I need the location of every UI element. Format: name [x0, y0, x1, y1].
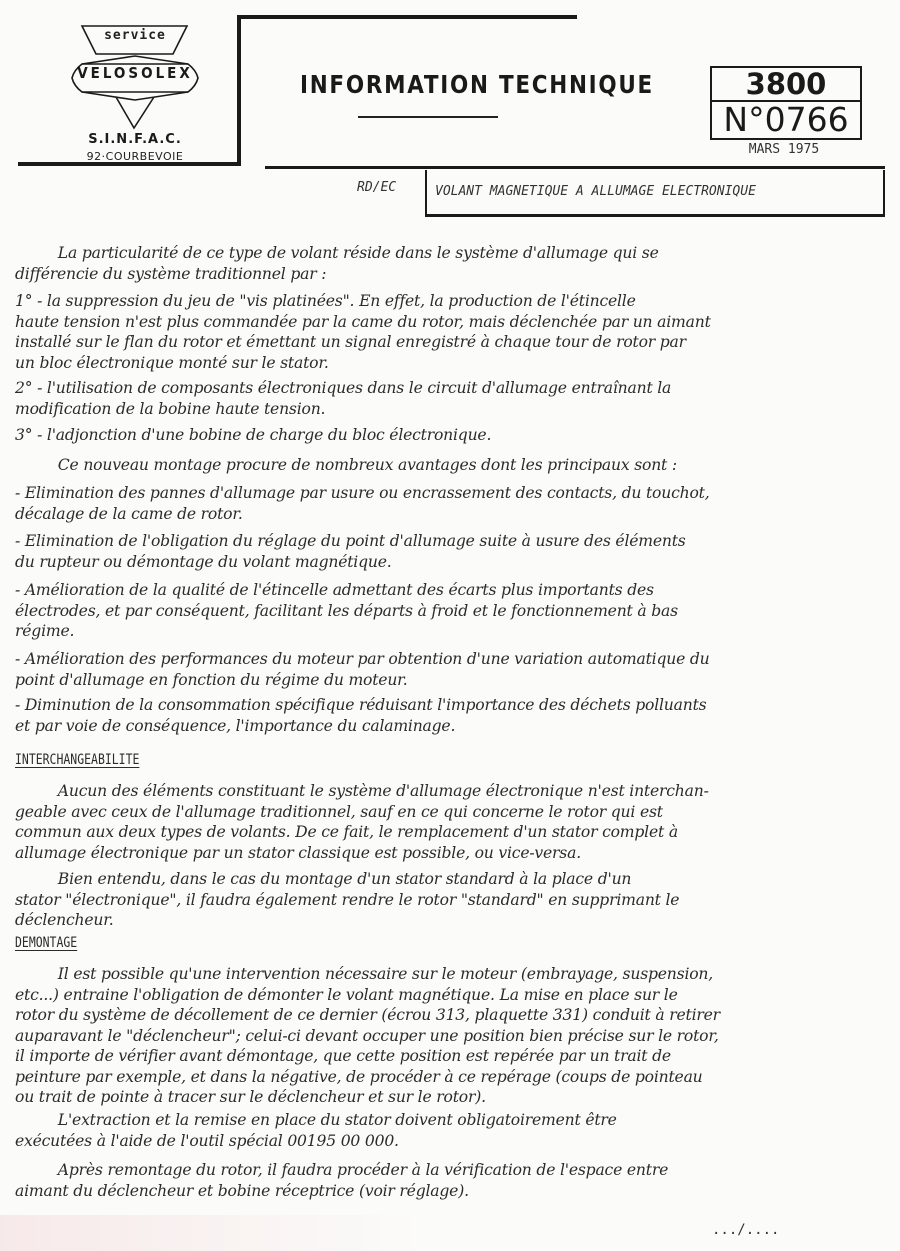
- document-number: N°0766: [712, 102, 860, 138]
- demontage-paragraph-3: Après remontage du rotor, il faudra proc…: [15, 1160, 890, 1201]
- velosolex-service-logo: service VELOSOLEX S.I.N.F.A.C. 92·COURBE…: [60, 18, 210, 168]
- logo-company-text: S.I.N.F.A.C.: [60, 132, 210, 147]
- logo-brand-text: VELOSOLEX: [60, 64, 210, 82]
- interchangeabilite-paragraph-1: Aucun des éléments constituant le systèm…: [15, 781, 890, 863]
- frame-line-left-bottom: [18, 162, 240, 166]
- logo-service-text: service: [60, 28, 210, 43]
- subject-text: VOLANT MAGNETIQUE A ALLUMAGE ELECTRONIQU…: [435, 184, 756, 199]
- subject-box: VOLANT MAGNETIQUE A ALLUMAGE ELECTRONIQU…: [425, 170, 885, 217]
- advantage-5: - Diminution de la consommation spécifiq…: [15, 695, 890, 736]
- document-code: 3800: [712, 68, 860, 102]
- continuation-marker: .../....: [712, 1222, 779, 1238]
- point-2: 2° - l'utilisation de composants électro…: [15, 378, 890, 419]
- demontage-paragraph-2: L'extraction et la remise en place du st…: [15, 1110, 890, 1151]
- reference-initials: RD/EC: [357, 180, 396, 195]
- demontage-paragraph-1: Il est possible qu'une intervention néce…: [15, 964, 890, 1108]
- advantage-2: - Elimination de l'obligation du réglage…: [15, 531, 890, 572]
- frame-line-top: [237, 15, 577, 19]
- advantage-4: - Amélioration des performances du moteu…: [15, 649, 890, 690]
- frame-line-header-bottom: [265, 166, 885, 169]
- point-3: 3° - l'adjonction d'une bobine de charge…: [15, 425, 890, 446]
- document-date: MARS 1975: [710, 142, 858, 157]
- section-heading-demontage: DEMONTAGE: [15, 935, 77, 951]
- advantage-1: - Elimination des pannes d'allumage par …: [15, 483, 890, 524]
- intro-paragraph: La particularité de ce type de volant ré…: [15, 243, 890, 284]
- advantages-intro: Ce nouveau montage procure de nombreux a…: [15, 455, 890, 476]
- interchangeabilite-paragraph-2: Bien entendu, dans le cas du montage d'u…: [15, 869, 890, 931]
- document-title: INFORMATION TECHNIQUE: [300, 70, 601, 99]
- point-1: 1° - la suppression du jeu de "vis plati…: [15, 291, 890, 373]
- section-heading-interchangeabilite: INTERCHANGEABILITE: [15, 752, 139, 768]
- document-number-box: 3800 N°0766: [710, 66, 862, 140]
- paper-stain: [0, 1215, 420, 1251]
- title-underline: [358, 116, 498, 118]
- frame-line-vertical: [237, 15, 241, 166]
- advantage-3: - Amélioration de la qualité de l'étince…: [15, 580, 890, 642]
